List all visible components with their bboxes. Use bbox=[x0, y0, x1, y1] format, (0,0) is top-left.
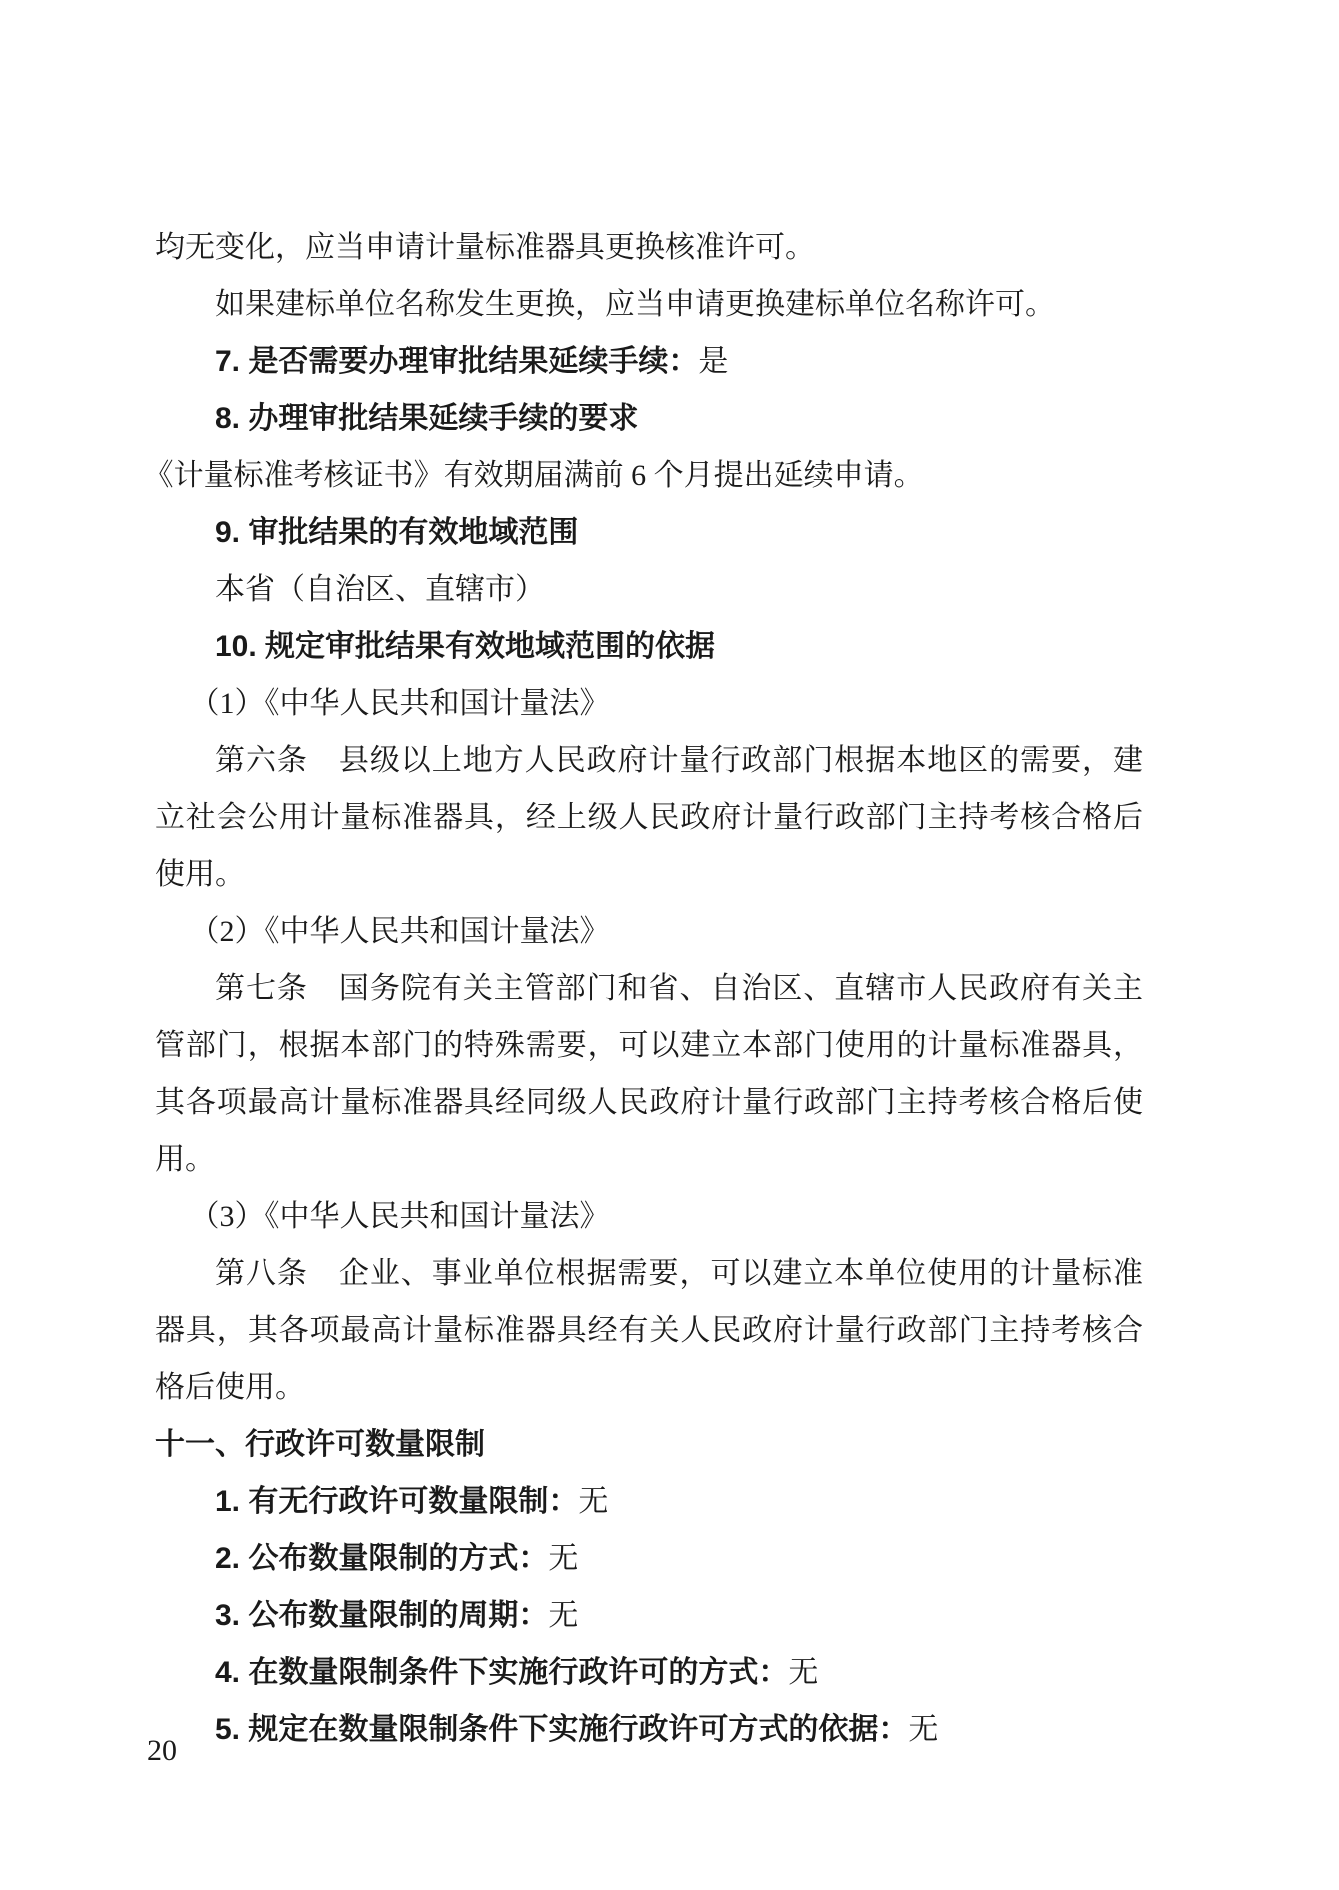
paragraph-carryover: 均无变化，应当申请计量标准器具更换核准许可。 bbox=[155, 219, 1143, 276]
item-8: 8. 办理审批结果延续手续的要求 bbox=[155, 390, 1143, 447]
section-11-heading: 十一、行政许可数量限制 bbox=[155, 1416, 1143, 1473]
law-article-8: 第八条 企业、事业单位根据需要，可以建立本单位使用的计量标准器具，其各项最高计量… bbox=[155, 1245, 1143, 1416]
limit-item-5-label: 5. 规定在数量限制条件下实施行政许可方式的依据： bbox=[215, 1713, 908, 1746]
item-7-label: 7. 是否需要办理审批结果延续手续： bbox=[215, 345, 698, 378]
item-7: 7. 是否需要办理审批结果延续手续：是 bbox=[155, 333, 1143, 390]
limit-item-3: 3. 公布数量限制的周期：无 bbox=[155, 1587, 1143, 1644]
limit-item-5-value: 无 bbox=[908, 1713, 938, 1746]
limit-item-2-value: 无 bbox=[548, 1542, 578, 1575]
document-body: 均无变化，应当申请计量标准器具更换核准许可。 如果建标单位名称发生更换，应当申请… bbox=[155, 219, 1143, 1758]
item-10: 10. 规定审批结果有效地域范围的依据 bbox=[155, 618, 1143, 675]
reference-1: （1）《中华人民共和国计量法》 bbox=[155, 675, 1143, 732]
limit-item-1-label: 1. 有无行政许可数量限制： bbox=[215, 1485, 578, 1518]
law-article-7: 第七条 国务院有关主管部门和省、自治区、直辖市人民政府有关主管部门，根据本部门的… bbox=[155, 960, 1143, 1188]
paragraph-rename: 如果建标单位名称发生更换，应当申请更换建标单位名称许可。 bbox=[155, 276, 1143, 333]
document-page: 均无变化，应当申请计量标准器具更换核准许可。 如果建标单位名称发生更换，应当申请… bbox=[0, 0, 1339, 1890]
paragraph-certificate: 《计量标准考核证书》有效期届满前 6 个月提出延续申请。 bbox=[155, 447, 1143, 504]
paragraph-region: 本省（自治区、直辖市） bbox=[155, 561, 1143, 618]
limit-item-2: 2. 公布数量限制的方式：无 bbox=[155, 1530, 1143, 1587]
item-9: 9. 审批结果的有效地域范围 bbox=[155, 504, 1143, 561]
limit-item-1-value: 无 bbox=[578, 1485, 608, 1518]
limit-item-2-label: 2. 公布数量限制的方式： bbox=[215, 1542, 548, 1575]
limit-item-4: 4. 在数量限制条件下实施行政许可的方式：无 bbox=[155, 1644, 1143, 1701]
reference-2: （2）《中华人民共和国计量法》 bbox=[155, 903, 1143, 960]
limit-item-1: 1. 有无行政许可数量限制：无 bbox=[155, 1473, 1143, 1530]
limit-item-3-value: 无 bbox=[548, 1599, 578, 1632]
limit-item-4-value: 无 bbox=[788, 1656, 818, 1689]
limit-item-3-label: 3. 公布数量限制的周期： bbox=[215, 1599, 548, 1632]
page-number: 20 bbox=[147, 1722, 177, 1779]
law-article-6: 第六条 县级以上地方人民政府计量行政部门根据本地区的需要，建立社会公用计量标准器… bbox=[155, 732, 1143, 903]
reference-3: （3）《中华人民共和国计量法》 bbox=[155, 1188, 1143, 1245]
limit-item-4-label: 4. 在数量限制条件下实施行政许可的方式： bbox=[215, 1656, 788, 1689]
item-7-value: 是 bbox=[698, 345, 728, 378]
limit-item-5: 5. 规定在数量限制条件下实施行政许可方式的依据：无 bbox=[155, 1701, 1143, 1758]
